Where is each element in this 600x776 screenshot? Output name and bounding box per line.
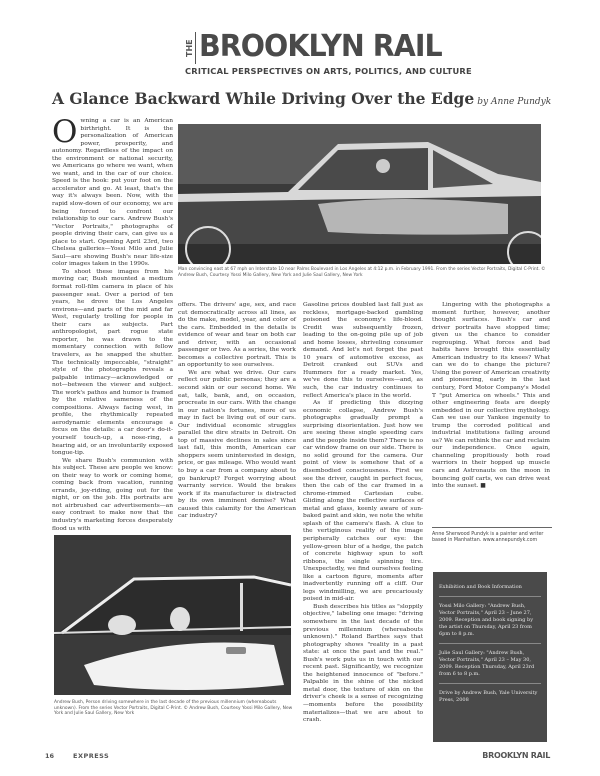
top-photo-car	[178, 124, 541, 264]
paragraph: Owning a car is an American birthright. …	[52, 118, 173, 269]
top-photo-caption: Man convincing east at 67 mph on Interst…	[178, 267, 548, 278]
exhibition-info-heading: Exhibition and Book Information	[439, 572, 541, 597]
article-column-2: offers. The drivers' age, sex, and race …	[178, 302, 296, 521]
footer-logo: BROOKLYN RAIL	[482, 751, 550, 760]
paragraph: Bush describes his titles as "sloppily o…	[303, 604, 423, 725]
paragraph: We are what we drive. Our cars reflect o…	[178, 370, 296, 521]
exhibition-info-yossi-milo: Yossi Milo Gallery: "Andrew Bush, Vector…	[439, 597, 541, 644]
article-title: A Glance Backward While Driving Over the…	[52, 89, 474, 108]
masthead-tagline: CRITICAL PERSPECTIVES ON ARTS, POLITICS,…	[185, 66, 472, 76]
author-bio: Anne Sherwood Pundyk is a painter and wr…	[432, 527, 552, 545]
article-column-1: Owning a car is an American birthright. …	[52, 118, 173, 533]
masthead: THE BROOKLYN RAIL CRITICAL PERSPECTIVES …	[185, 30, 485, 76]
page-number: 16	[45, 752, 54, 760]
article-byline: by Anne Pundyk	[477, 97, 551, 107]
article-headline: A Glance Backward While Driving Over the…	[52, 89, 551, 108]
exhibition-info-box: Exhibition and Book Information Yossi Mi…	[433, 572, 547, 742]
masthead-name: BROOKLYN RAIL	[199, 30, 442, 64]
article-column-3: Gasoline prices doubled last fall just a…	[303, 302, 423, 725]
paragraph: To shoot these images from his moving ca…	[52, 269, 173, 458]
page-footer: 16 EXPRESS BROOKLYN RAIL	[45, 752, 550, 764]
bottom-photo-car	[54, 535, 291, 695]
paragraph: Lingering with the photographs a moment …	[432, 302, 550, 491]
exhibition-info-book: Drive by Andrew Bush, Yale University Pr…	[439, 684, 541, 709]
paragraph: offers. The drivers' age, sex, and race …	[178, 302, 296, 370]
section-name: EXPRESS	[73, 752, 109, 760]
paragraph: We share Bush's communion with his subje…	[52, 458, 173, 533]
drop-cap: O	[52, 119, 77, 145]
bottom-photo-caption: Andrew Bush, Person driving somewhere in…	[54, 700, 294, 717]
car-photo-illustration	[54, 535, 291, 695]
paragraph: As if predicting this dizzying economic …	[303, 400, 423, 604]
paragraph: Gasoline prices doubled last fall just a…	[303, 302, 423, 400]
car-photo-illustration	[178, 124, 541, 264]
masthead-the: THE	[185, 32, 196, 64]
exhibition-info-julie-saul: Julie Saul Gallery: "Andrew Bush, Vector…	[439, 644, 541, 684]
article-column-4: Lingering with the photographs a moment …	[432, 302, 550, 491]
